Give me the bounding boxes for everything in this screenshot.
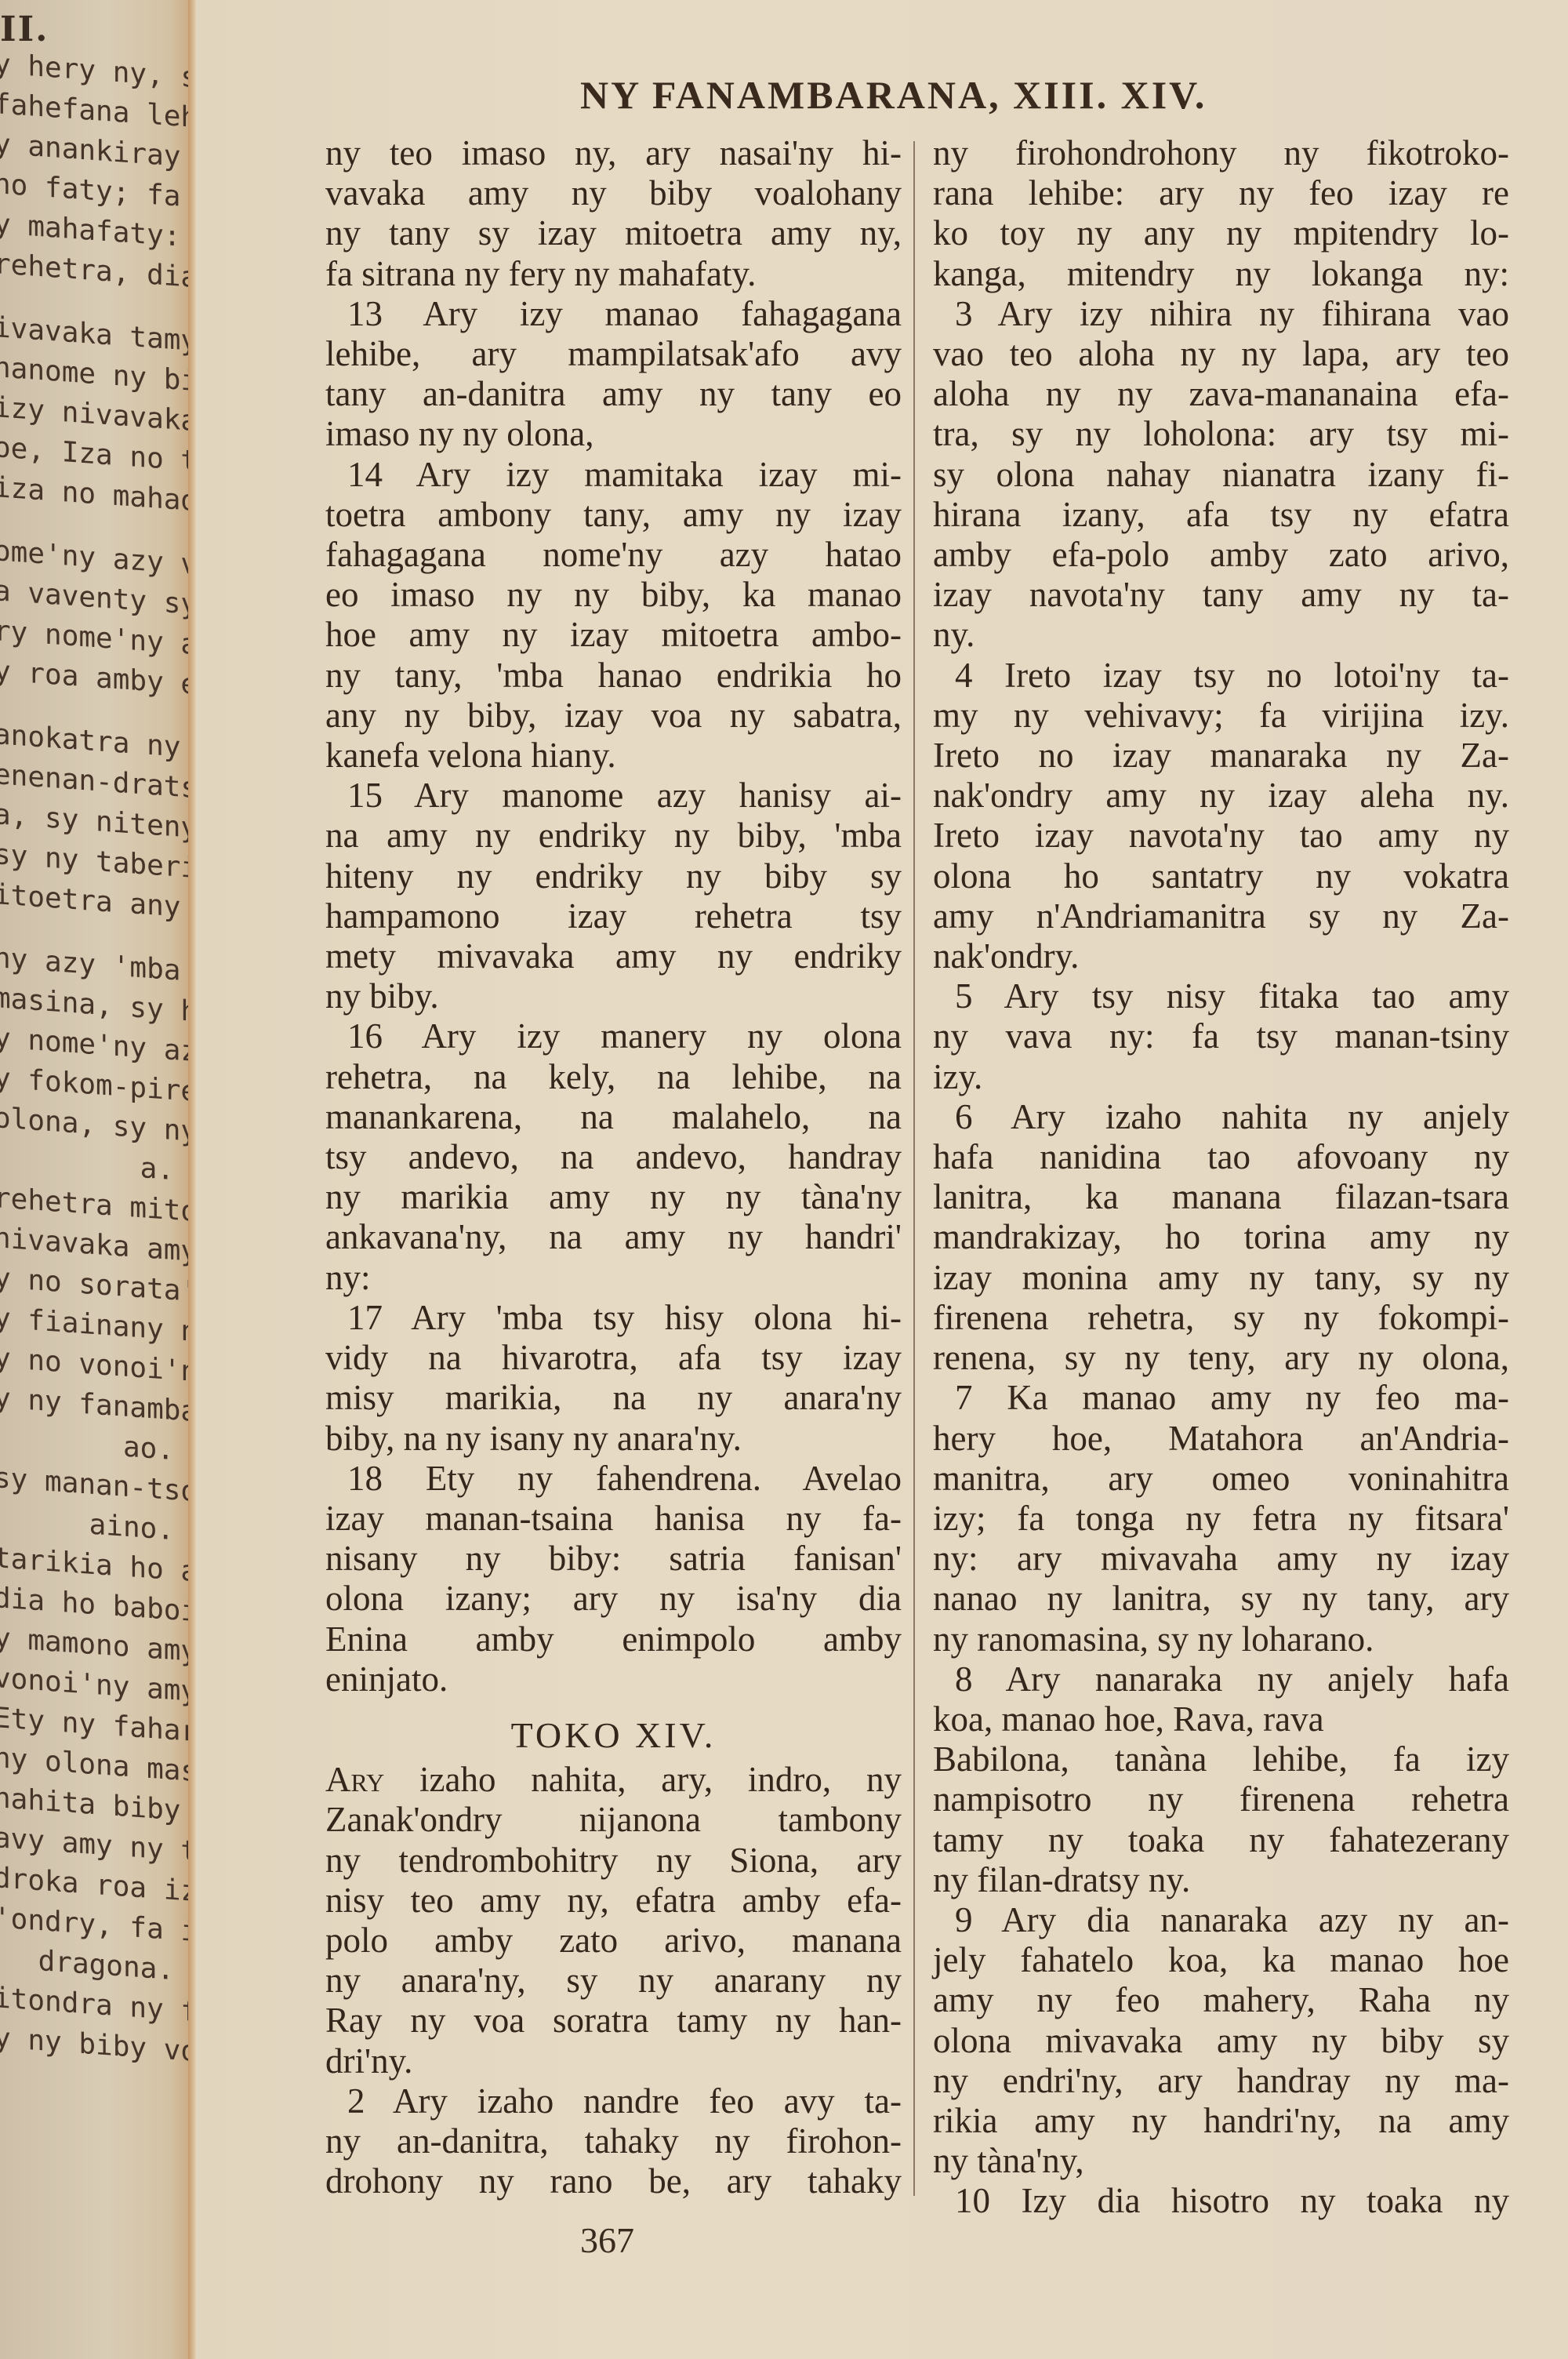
text-line: hirana izany, afa tsy ny efatra xyxy=(933,495,1509,535)
text-line: Ary izaho nahita, ary, indro, ny xyxy=(325,1760,902,1800)
verse-start-line: 6 Ary izaho nahita ny anjely xyxy=(933,1097,1509,1137)
text-line: ny anara'ny, sy ny anarany ny xyxy=(325,1961,902,2001)
text-line: jely fahatelo koa, ka manao hoe xyxy=(933,1940,1509,1980)
text-line: ny filan-dratsy ny. xyxy=(933,1860,1509,1900)
left-column: ny teo imaso ny, ary nasai'ny hi-vavaka … xyxy=(325,133,902,2201)
text-line: ny. xyxy=(933,615,1509,655)
text-line: rana lehibe: ary ny feo izay re xyxy=(933,173,1509,213)
text-line: izy. xyxy=(933,1057,1509,1097)
running-head: NY FANAMBARANA, XIII. XIV. xyxy=(580,72,1505,118)
verse-start-line: 17 Ary 'mba tsy hisy olona hi- xyxy=(325,1298,902,1338)
text-line: ny ranomasina, sy ny loharano. xyxy=(933,1619,1509,1659)
text-line: hoe amy ny izay mitoetra ambo- xyxy=(325,615,902,655)
text-line: ny tendrombohitry ny Siona, ary xyxy=(325,1841,902,1881)
text-line: koa, manao hoe, Rava, rava xyxy=(933,1699,1509,1739)
text-line: hampamono izay rehetra tsy xyxy=(325,896,902,936)
text-line: Babilona, tanàna lehibe, fa izy xyxy=(933,1739,1509,1779)
verse-start-line: 9 Ary dia nanaraka azy ny an- xyxy=(933,1900,1509,1940)
text-line: ny endri'ny, ary handray ny ma- xyxy=(933,2061,1509,2101)
text-line: tsy andevo, na andevo, handray xyxy=(325,1137,902,1177)
text-line: Ray ny voa soratra tamy ny han- xyxy=(325,2001,902,2041)
verse-start-line: 2 Ary izaho nandre feo avy ta- xyxy=(325,2081,902,2121)
text-line: ko toy ny any ny mpitendry lo- xyxy=(933,213,1509,253)
text-line: aloha ny ny zava-mananaina efa- xyxy=(933,374,1509,414)
verse-start-line: 5 Ary tsy nisy fitaka tao amy xyxy=(933,976,1509,1016)
text-line: lanitra, ka manana filazan-tsara xyxy=(933,1177,1509,1217)
text-line: Enina amby enimpolo amby xyxy=(325,1619,902,1659)
verse-start-line: 8 Ary nanaraka ny anjely hafa xyxy=(933,1659,1509,1699)
verse-start-line: 14 Ary izy mamitaka izay mi- xyxy=(325,455,902,495)
book-page: NY FANAMBARANA, XIII. XIV. ny teo imaso … xyxy=(196,0,1568,2359)
text-line: ny: xyxy=(325,1258,902,1298)
text-line: kanefa velona hiany. xyxy=(325,736,902,776)
verse-start-line: 16 Ary izy manery ny olona xyxy=(325,1016,902,1056)
page-edge-shadow xyxy=(188,0,196,2359)
text-line: nak'ondry amy ny izay aleha ny. xyxy=(933,776,1509,816)
text-line: any ny biby, izay voa ny sabatra, xyxy=(325,696,902,736)
text-line: ny vava ny: fa tsy manan-tsiny xyxy=(933,1016,1509,1056)
text-line: hery hoe, Matahora an'Andria- xyxy=(933,1419,1509,1459)
text-line: renena, sy ny teny, ary ny olona, xyxy=(933,1338,1509,1378)
text-line: ny tàna'ny, xyxy=(933,2141,1509,2181)
text-line: na amy ny endriky ny biby, 'mba xyxy=(325,816,902,856)
text-line: nisy teo amy ny, efatra amby efa- xyxy=(325,1881,902,1921)
text-line: Ireto izay navota'ny tao amy ny xyxy=(933,816,1509,856)
text-line: eninjato. xyxy=(325,1659,902,1699)
verse-start-line: 18 Ety ny fahendrena. Avelao xyxy=(325,1459,902,1499)
text-line: drohony ny rano be, ary tahaky xyxy=(325,2161,902,2201)
text-line: dri'ny. xyxy=(325,2041,902,2081)
text-line: olona ho santatry ny vokatra xyxy=(933,856,1509,896)
text-line: vavaka amy ny biby voalohany xyxy=(325,173,902,213)
text-line: nak'ondry. xyxy=(933,936,1509,976)
text-line: ny biby. xyxy=(325,976,902,1016)
text-line: tany an-danitra amy ny tany eo xyxy=(325,374,902,414)
right-column: ny firohondrohony ny fikotroko-rana lehi… xyxy=(933,133,1509,2222)
previous-page-edge: II. y hery ny, sy nyfahefana lehibe.y an… xyxy=(0,0,193,2359)
text-line: firenena rehetra, sy ny fokompi- xyxy=(933,1298,1509,1338)
previous-page-header-fragment: II. xyxy=(0,9,49,49)
verse-start-line: 7 Ka manao amy ny feo ma- xyxy=(933,1378,1509,1418)
text-line: ny firohondrohony ny fikotroko- xyxy=(933,133,1509,173)
text-line: ny tany sy izay mitoetra amy ny, xyxy=(325,213,902,253)
text-line: olona izany; ary ny isa'ny dia xyxy=(325,1579,902,1619)
text-line: izay monina amy ny tany, sy ny xyxy=(933,1258,1509,1298)
text-line: hafa nanidina tao afovoany ny xyxy=(933,1137,1509,1177)
text-line: misy marikia, na ny anara'ny xyxy=(325,1378,902,1418)
text-line: tra, sy ny loholona: ary tsy mi- xyxy=(933,414,1509,454)
text-line: Zanak'ondry nijanona tambony xyxy=(325,1800,902,1840)
text-line: izy; fa tonga ny fetra ny fitsara' xyxy=(933,1499,1509,1539)
text-line: my ny vehivavy; fa virijina izy. xyxy=(933,696,1509,736)
text-line: biby, na ny isany ny anara'ny. xyxy=(325,1419,902,1459)
text-line: ny marikia amy ny ny tàna'ny xyxy=(325,1177,902,1217)
text-line: polo amby zato arivo, manana xyxy=(325,1921,902,1961)
text-line: sy olona nahay nianatra izany fi- xyxy=(933,455,1509,495)
text-line: mety mivavaka amy ny endriky xyxy=(325,936,902,976)
text-line: rehetra, na kely, na lehibe, na xyxy=(325,1057,902,1097)
text-line: toetra ambony tany, amy ny izay xyxy=(325,495,902,535)
text-line: imaso ny ny olona, xyxy=(325,414,902,454)
text-line: rikia amy ny handri'ny, na amy xyxy=(933,2101,1509,2141)
text-line: nampisotro ny firenena rehetra xyxy=(933,1779,1509,1819)
text-line: izay navota'ny tany amy ny ta- xyxy=(933,575,1509,615)
column-divider xyxy=(913,141,915,2196)
text-line: amy ny feo mahery, Raha ny xyxy=(933,1980,1509,2020)
chapter-heading: TOKO XIV. xyxy=(325,1715,902,1755)
text-line: vao teo aloha ny ny lapa, ary teo xyxy=(933,334,1509,374)
text-line: Ireto no izay manaraka ny Za- xyxy=(933,736,1509,776)
text-line: amby efa-polo amby zato arivo, xyxy=(933,535,1509,575)
text-line: ny an-danitra, tahaky ny firohon- xyxy=(325,2121,902,2161)
text-line: izay manan-tsaina hanisa ny fa- xyxy=(325,1499,902,1539)
text-line: ny: ary mivavaha amy ny izay xyxy=(933,1539,1509,1579)
text-line: fa sitrana ny fery ny mahafaty. xyxy=(325,254,902,294)
text-line: manitra, ary omeo voninahitra xyxy=(933,1459,1509,1499)
page-number: 367 xyxy=(580,2219,634,2261)
text-line: olona mivavaka amy ny biby sy xyxy=(933,2021,1509,2061)
text-line: kanga, mitendry ny lokanga ny: xyxy=(933,254,1509,294)
text-line: eo imaso ny ny biby, ka manao xyxy=(325,575,902,615)
text-line: mandrakizay, ho torina amy ny xyxy=(933,1217,1509,1257)
text-line: tamy ny toaka ny fahatezerany xyxy=(933,1820,1509,1860)
verse-start-line: 3 Ary izy nihira ny fihirana vao xyxy=(933,294,1509,334)
text-line: hiteny ny endriky ny biby sy xyxy=(325,856,902,896)
verse-start-line: 13 Ary izy manao fahagagana xyxy=(325,294,902,334)
text-line: nanao ny lanitra, sy ny tany, ary xyxy=(933,1579,1509,1619)
text-line: ankavana'ny, na amy ny handri' xyxy=(325,1217,902,1257)
verse-start-line: 10 Izy dia hisotro ny toaka ny xyxy=(933,2181,1509,2221)
text-line: manankarena, na malahelo, na xyxy=(325,1097,902,1137)
previous-page-text: y hery ny, sy nyfahefana lehibe.y ananki… xyxy=(0,44,182,2071)
text-line: ny tany, 'mba hanao endrikia ho xyxy=(325,656,902,696)
verse-start-line: 15 Ary manome azy hanisy ai- xyxy=(325,776,902,816)
text-line: fahagagana nome'ny azy hatao xyxy=(325,535,902,575)
text-line: nisany ny biby: satria fanisan' xyxy=(325,1539,902,1579)
verse-start-line: 4 Ireto izay tsy no lotoi'ny ta- xyxy=(933,656,1509,696)
text-line: amy n'Andriamanitra sy ny Za- xyxy=(933,896,1509,936)
chapter-opening-word: Ary xyxy=(325,1760,384,1799)
text-line: lehibe, ary mampilatsak'afo avy xyxy=(325,334,902,374)
text-line: vidy na hivarotra, afa tsy izay xyxy=(325,1338,902,1378)
text-line: ny teo imaso ny, ary nasai'ny hi- xyxy=(325,133,902,173)
